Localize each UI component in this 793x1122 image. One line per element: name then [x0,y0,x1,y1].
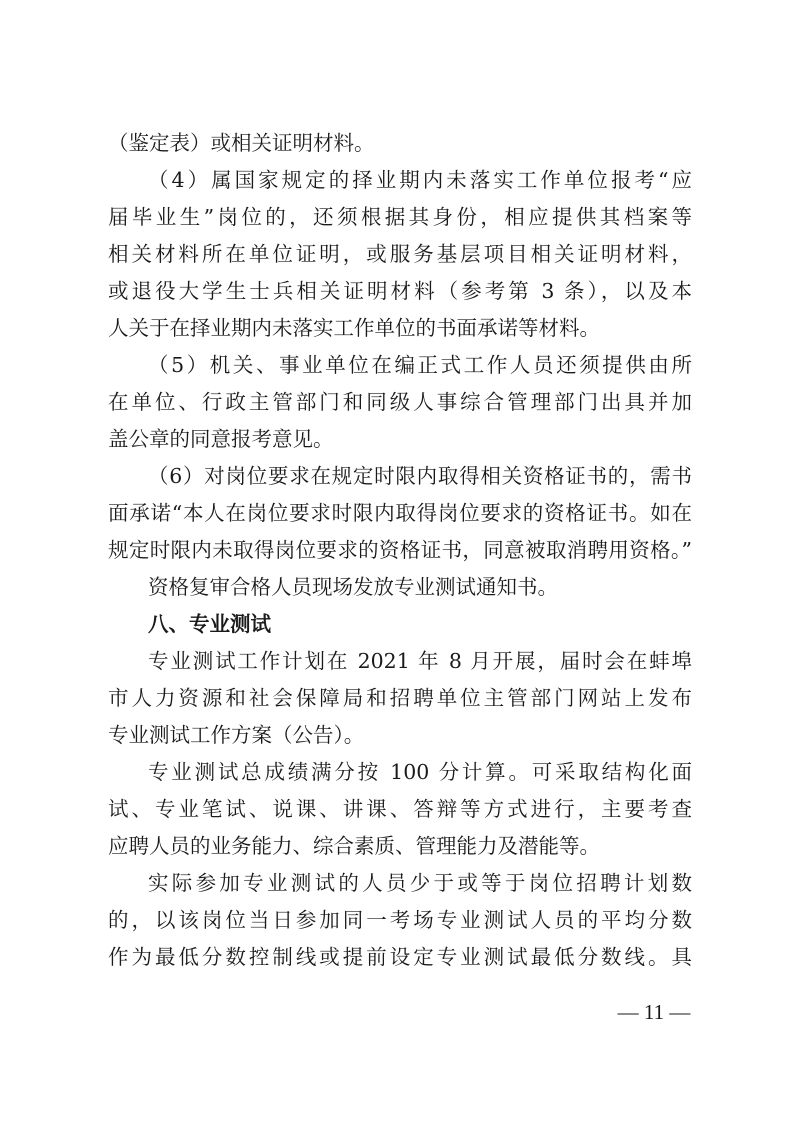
text-line: 专业测试总成绩满分按 100 分计算。可采取结构化面 [108,754,692,791]
text-line: （鉴定表）或相关证明材料。 [108,125,692,162]
text-line: 实际参加专业测试的人员少于或等于岗位招聘计划数 [108,865,692,902]
text-line: （5）机关、事业单位在编正式工作人员还须提供由所 [108,347,692,384]
text-line: 届毕业生”岗位的，还须根据其身份，相应提供其档案等 [108,199,692,236]
text-line: 人关于在择业期内未落实工作单位的书面承诺等材料。 [108,310,692,347]
document-page: （鉴定表）或相关证明材料。 （4）属国家规定的择业期内未落实工作单位报考“应 届… [0,0,793,1122]
text-line: 应聘人员的业务能力、综合素质、管理能力及潜能等。 [108,828,692,865]
text-line: 市人力资源和社会保障局和招聘单位主管部门网站上发布 [108,680,692,717]
text-line: 面承诺“本人在岗位要求时限内取得岗位要求的资格证书。如在 [108,495,692,532]
document-body: （鉴定表）或相关证明材料。 （4）属国家规定的择业期内未落实工作单位报考“应 届… [108,125,692,976]
text-line: 的，以该岗位当日参加同一考场专业测试人员的平均分数 [108,902,692,939]
text-line: 资格复审合格人员现场发放专业测试通知书。 [108,569,692,606]
section-heading: 八、专业测试 [108,606,692,643]
text-line: （6）对岗位要求在规定时限内取得相关资格证书的，需书 [108,458,692,495]
text-line: 在单位、行政主管部门和同级人事综合管理部门出具并加 [108,384,692,421]
text-line: 专业测试工作计划在 2021 年 8 月开展，届时会在蚌埠 [108,643,692,680]
text-line: 盖公章的同意报考意见。 [108,421,692,458]
text-line: 作为最低分数控制线或提前设定专业测试最低分数线。具 [108,939,692,976]
text-line: 试、专业笔试、说课、讲课、答辩等方式进行，主要考查 [108,791,692,828]
text-line: 相关材料所在单位证明，或服务基层项目相关证明材料， [108,236,692,273]
text-line: （4）属国家规定的择业期内未落实工作单位报考“应 [108,162,692,199]
text-line: 专业测试工作方案（公告）。 [108,717,692,754]
text-line: 规定时限内未取得岗位要求的资格证书，同意被取消聘用资格。” [108,532,692,569]
page-number: — 11 — [614,998,694,1026]
text-line: 或退役大学生士兵相关证明材料（参考第 3 条），以及本 [108,273,692,310]
